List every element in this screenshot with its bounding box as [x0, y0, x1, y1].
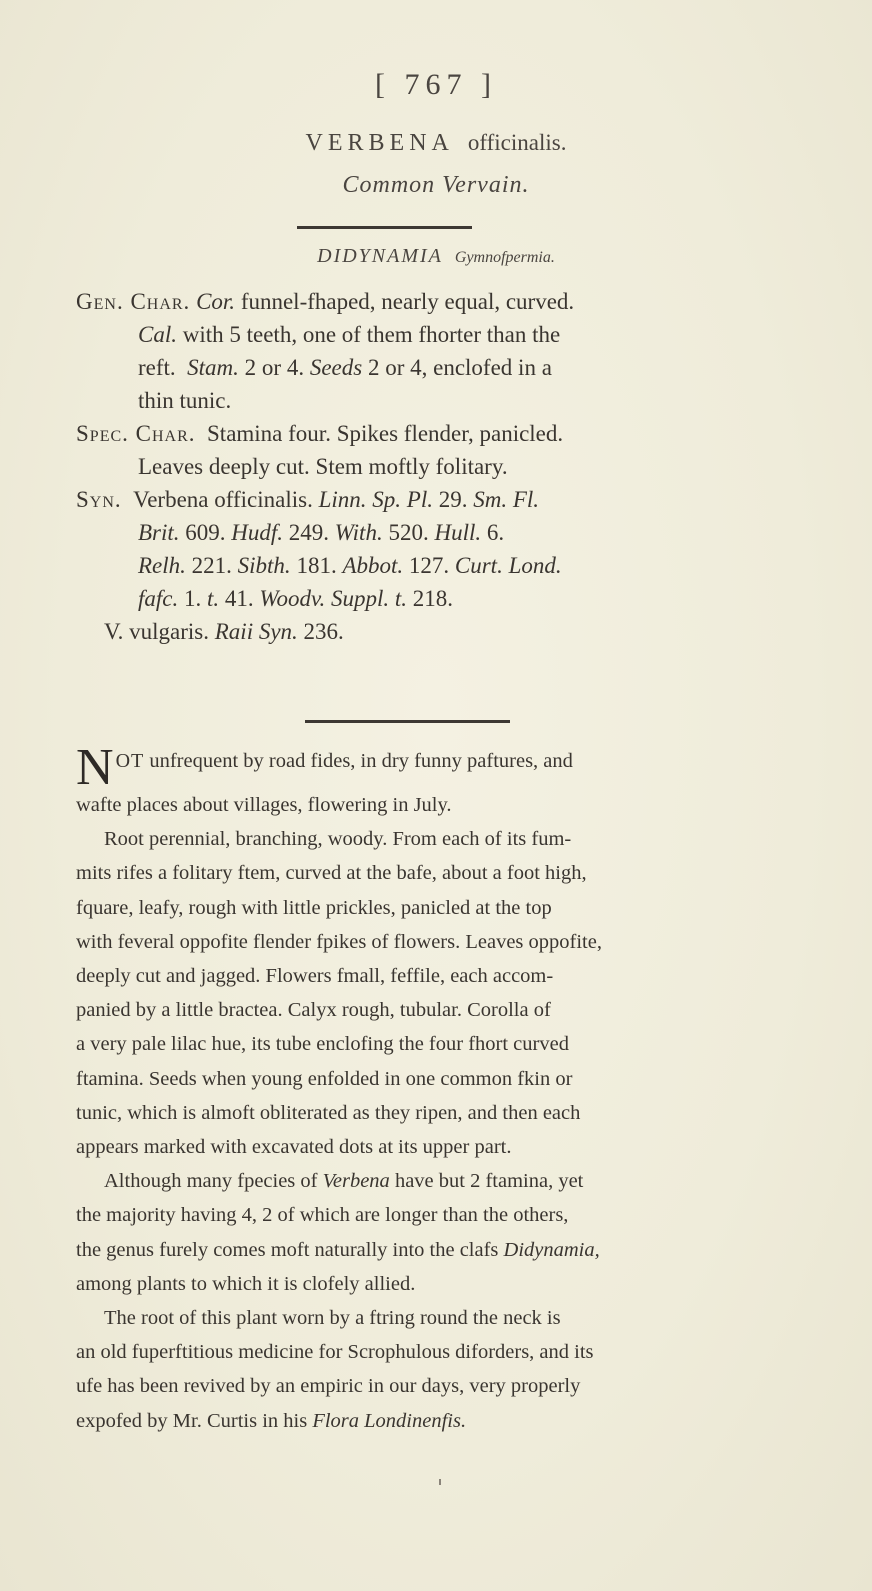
para2-line: tunic, which is almoft obliterated as th… [76, 1096, 756, 1130]
page-number: [ 767 ] [0, 68, 872, 102]
genus-name: VERBENA [306, 130, 454, 156]
para2-line: deeply cut and jagged. Flowers fmall, fe… [76, 959, 756, 993]
para2-line: fquare, leafy, rough with little prickle… [76, 891, 756, 925]
para3-line: Although many fpecies of Verbena have bu… [76, 1164, 756, 1198]
para2-line: with feveral oppofite flender fpikes of … [76, 925, 756, 959]
gen-char-line-3: reft. Stam. 2 or 4. Seeds 2 or 4, enclof… [76, 351, 756, 384]
species-name: officinalis. [468, 130, 567, 155]
para2-line: panied by a little bractea. Calyx rough,… [76, 993, 756, 1027]
syn-label: Syn. [76, 487, 122, 512]
para2-line: a very pale lilac hue, its tube enclofin… [76, 1027, 756, 1061]
syn-line-4: fafc. 1. t. 41. Woodv. Suppl. t. 218. [76, 582, 756, 615]
middle-divider [305, 720, 510, 723]
paragraph-1: NOT unfrequent by road fides, in dry fun… [76, 744, 756, 822]
gen-char-line-1: Gen. Char. Cor. funnel-fhaped, nearly eq… [76, 285, 756, 318]
gen-char-label: Gen. Char. [76, 289, 190, 314]
spec-char-line-1: Spec. Char. Stamina four. Spikes flender… [76, 417, 756, 450]
para2-line: ftamina. Seeds when young enfolded in on… [76, 1062, 756, 1096]
para4-line: an old fuperftitious medicine for Scroph… [76, 1335, 756, 1369]
para3-line: the genus furely comes moft naturally in… [76, 1233, 756, 1267]
paper-speck [439, 1479, 441, 1485]
description-text: NOT unfrequent by road fides, in dry fun… [76, 744, 756, 1438]
para4-line: The root of this plant worn by a ftring … [76, 1301, 756, 1335]
page-title: VERBENAofficinalis. [0, 130, 872, 157]
drop-cap: N [76, 748, 114, 788]
spec-char-label: Spec. Char. [76, 421, 196, 446]
characters-section: Gen. Char. Cor. funnel-fhaped, nearly eq… [76, 285, 756, 648]
para2-line: mits rifes a folitary ftem, curved at th… [76, 856, 756, 890]
syn-line-1: Syn. Verbena officinalis. Linn. Sp. Pl. … [76, 483, 756, 516]
para1-line-1: NOT unfrequent by road fides, in dry fun… [76, 744, 756, 778]
order-name: Gymnofpermia. [455, 249, 555, 266]
para2-line: Root perennial, branching, woody. From e… [76, 822, 756, 856]
class-name: DIDYNAMIA [317, 245, 443, 267]
syn-line-3: Relh. 221. Sibth. 181. Abbot. 127. Curt.… [76, 549, 756, 582]
paragraph-4: The root of this plant worn by a ftring … [76, 1301, 756, 1438]
paragraph-3: Although many fpecies of Verbena have bu… [76, 1164, 756, 1301]
para3-line: the majority having 4, 2 of which are lo… [76, 1198, 756, 1232]
book-page: [ 767 ] VERBENAofficinalis. Common Verva… [0, 0, 872, 1591]
gen-char-line-2: Cal. with 5 teeth, one of them fhorter t… [76, 318, 756, 351]
para3-line: among plants to which it is clofely alli… [76, 1267, 756, 1301]
spec-char-line-2: Leaves deeply cut. Stem moftly folitary. [76, 450, 756, 483]
para4-line: expofed by Mr. Curtis in his Flora Londi… [76, 1404, 756, 1438]
para1-line-2: wafte places about villages, flowering i… [76, 788, 756, 822]
common-name: Common Vervain. [0, 172, 872, 199]
classification: DIDYNAMIAGymnofpermia. [0, 245, 872, 268]
syn-line-2: Brit. 609. Hudf. 249. With. 520. Hull. 6… [76, 516, 756, 549]
syn-line-5: V. vulgaris. Raii Syn. 236. [76, 615, 756, 648]
top-divider [297, 226, 472, 229]
gen-char-line-4: thin tunic. [76, 384, 756, 417]
para4-line: ufe has been revived by an empiric in ou… [76, 1369, 756, 1403]
paragraph-2: Root perennial, branching, woody. From e… [76, 822, 756, 1164]
para2-line: appears marked with excavated dots at it… [76, 1130, 756, 1164]
